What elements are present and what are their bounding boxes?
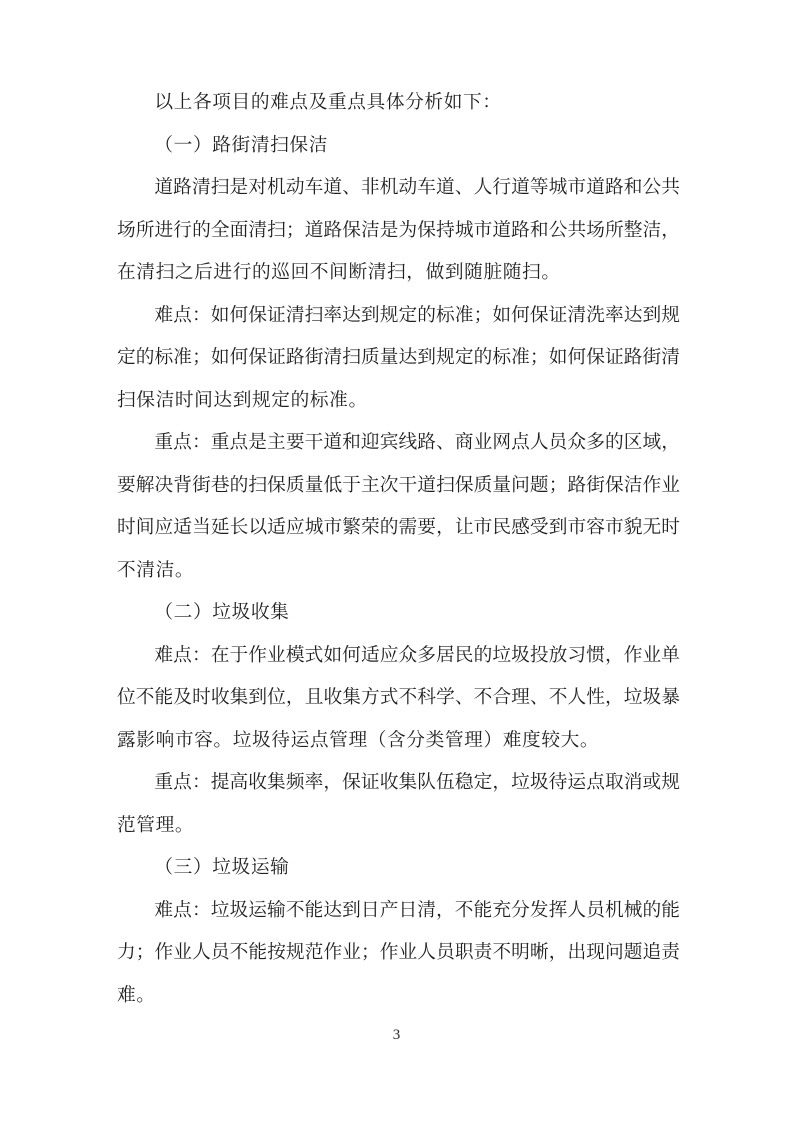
text-line: 扫保洁时间达到规定的标准。 <box>117 380 680 423</box>
paragraph: （二）垃圾收集 <box>117 592 680 635</box>
text-line: 重点：提高收集频率，保证收集队伍稳定，垃圾待运点取消或规 <box>117 762 680 805</box>
document-page: 以上各项目的难点及重点具体分析如下：（一）路街清扫保洁道路清扫是对机动车道、非机… <box>0 0 793 1122</box>
text-line: （三）垃圾运输 <box>117 847 680 890</box>
paragraph: 难点：如何保证清扫率达到规定的标准；如何保证清洗率达到规定的标准；如何保证路街清… <box>117 295 680 423</box>
text-line: 露影响市容。垃圾待运点管理（含分类管理）难度较大。 <box>117 720 680 763</box>
text-line: 时间应适当延长以适应城市繁荣的需要，让市民感受到市容市貌无时 <box>117 507 680 550</box>
document-body: 以上各项目的难点及重点具体分析如下：（一）路街清扫保洁道路清扫是对机动车道、非机… <box>117 82 680 1017</box>
paragraph: 难点：垃圾运输不能达到日产日清，不能充分发挥人员机械的能力；作业人员不能按规范作… <box>117 890 680 1018</box>
text-line: 在清扫之后进行的巡回不间断清扫，做到随脏随扫。 <box>117 252 680 295</box>
text-line: 定的标准；如何保证路街清扫质量达到规定的标准；如何保证路街清 <box>117 337 680 380</box>
paragraph: 以上各项目的难点及重点具体分析如下： <box>117 82 680 125</box>
text-line: 范管理。 <box>117 805 680 848</box>
paragraph: 重点：重点是主要干道和迎宾线路、商业网点人员众多的区域，要解决背街巷的扫保质量低… <box>117 422 680 592</box>
text-line: 难点：如何保证清扫率达到规定的标准；如何保证清洗率达到规 <box>117 295 680 338</box>
text-line: 力；作业人员不能按规范作业；作业人员职责不明晰，出现问题追责 <box>117 932 680 975</box>
text-line: 重点：重点是主要干道和迎宾线路、商业网点人员众多的区域， <box>117 422 680 465</box>
text-line: （二）垃圾收集 <box>117 592 680 635</box>
text-line: 道路清扫是对机动车道、非机动车道、人行道等城市道路和公共 <box>117 167 680 210</box>
text-line: 位不能及时收集到位，且收集方式不科学、不合理、不人性，垃圾暴 <box>117 677 680 720</box>
paragraph: （一）路街清扫保洁 <box>117 125 680 168</box>
text-line: 场所进行的全面清扫；道路保洁是为保持城市道路和公共场所整洁， <box>117 210 680 253</box>
paragraph: 难点：在于作业模式如何适应众多居民的垃圾投放习惯，作业单位不能及时收集到位，且收… <box>117 635 680 763</box>
text-line: 以上各项目的难点及重点具体分析如下： <box>117 82 680 125</box>
text-line: 难点：在于作业模式如何适应众多居民的垃圾投放习惯，作业单 <box>117 635 680 678</box>
text-line: 不清洁。 <box>117 550 680 593</box>
text-line: 难点：垃圾运输不能达到日产日清，不能充分发挥人员机械的能 <box>117 890 680 933</box>
text-line: 难。 <box>117 975 680 1018</box>
paragraph: （三）垃圾运输 <box>117 847 680 890</box>
text-line: （一）路街清扫保洁 <box>117 125 680 168</box>
text-line: 要解决背街巷的扫保质量低于主次干道扫保质量问题；路街保洁作业 <box>117 465 680 508</box>
paragraph: 重点：提高收集频率，保证收集队伍稳定，垃圾待运点取消或规范管理。 <box>117 762 680 847</box>
page-number: 3 <box>0 1028 793 1043</box>
paragraph: 道路清扫是对机动车道、非机动车道、人行道等城市道路和公共场所进行的全面清扫；道路… <box>117 167 680 295</box>
